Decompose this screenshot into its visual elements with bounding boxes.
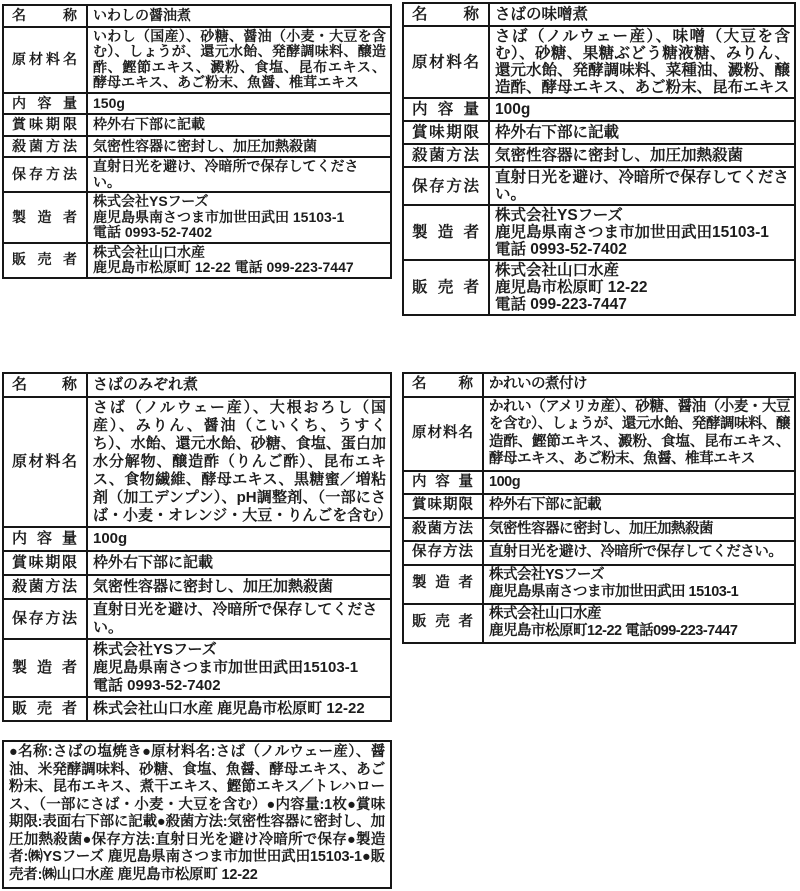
footnote-text: ●名称:さばの塩焼き●原材料名:さば（ノルウェー産）、醤油、米発酵調味料、砂糖、… [9,744,385,884]
row-value-storage: 直射日光を避け、冷暗所で保存してください。 [489,167,795,205]
row-value-best-before: 枠外右下部に記載 [483,494,795,518]
table-row: 原材料名 いわし（国産）、砂糖、醤油（小麦・大豆を含む）、しょうが、還元水飴、発… [3,27,391,93]
row-label-name: 名称 [3,5,87,27]
row-label-net-content: 内容量 [403,471,483,495]
table-row: 製造者 株式会社YSフーズ 鹿児島県南さつま市加世田武田 15103-1 電話 … [3,192,391,243]
row-value-sterilization: 気密性容器に密封し、加圧加熱殺菌 [87,575,391,599]
row-label-manufacturer: 製造者 [3,639,87,697]
product-table-karei-nitsuke: 名称 かれいの煮付け 原材料名 かれい（アメリカ産）、砂糖、醤油（小麦・大豆を含… [402,372,796,644]
table-row: 名称 いわしの醤油煮 [3,5,391,27]
row-value-seller: 株式会社山口水産 鹿児島市松原町 12-22 [87,697,391,721]
row-value-net-content: 100g [87,527,391,551]
row-label-storage: 保存方法 [403,167,489,205]
row-value-name: さばの味噌煮 [489,3,795,26]
row-label-sterilization: 殺菌方法 [403,144,489,167]
row-label-best-before: 賞味期限 [403,121,489,144]
row-value-net-content: 100g [483,471,795,495]
row-label-seller: 販売者 [403,604,483,643]
table-row: 賞味期限 枠外右下部に記載 [3,114,391,136]
table-row: 賞味期限 枠外右下部に記載 [403,494,795,518]
table-row: 販売者 株式会社山口水産 鹿児島市松原町12-22 電話099-223-7447 [403,604,795,643]
row-value-seller: 株式会社山口水産 鹿児島市松原町12-22 電話099-223-7447 [483,604,795,643]
table-row: 殺菌方法 気密性容器に密封し、加圧加熱殺菌 [403,144,795,167]
row-label-storage: 保存方法 [3,157,87,192]
table-row: 内容量 100g [403,98,795,121]
row-value-name: さばのみぞれ煮 [87,373,391,397]
row-value-name: かれいの煮付け [483,373,795,397]
row-label-name: 名称 [403,3,489,26]
row-value-net-content: 150g [87,93,391,115]
row-label-storage: 保存方法 [403,541,483,565]
product-table-iwashi-shoyuni: 名称 いわしの醤油煮 原材料名 いわし（国産）、砂糖、醤油（小麦・大豆を含む）、… [2,4,392,279]
row-label-seller: 販売者 [403,260,489,315]
row-label-name: 名称 [3,373,87,397]
table-row: 名称 さばのみぞれ煮 [3,373,391,397]
table-row: 保存方法 直射日光を避け、冷暗所で保存してください。 [3,157,391,192]
row-value-best-before: 枠外右下部に記載 [87,114,391,136]
food-label-sheet: 名称 いわしの醤油煮 原材料名 いわし（国産）、砂糖、醤油（小麦・大豆を含む）、… [0,0,800,891]
row-label-best-before: 賞味期限 [3,114,87,136]
row-label-storage: 保存方法 [3,599,87,639]
table-row: 賞味期限 枠外右下部に記載 [3,551,391,575]
row-label-net-content: 内容量 [403,98,489,121]
row-value-storage: 直射日光を避け、冷暗所で保存してください。 [483,541,795,565]
row-value-ingredients: いわし（国産）、砂糖、醤油（小麦・大豆を含む）、しょうが、還元水飴、発酵調味料、… [87,27,391,93]
row-label-sterilization: 殺菌方法 [403,518,483,542]
row-value-net-content: 100g [489,98,795,121]
row-value-manufacturer: 株式会社YSフーズ 鹿児島県南さつま市加世田武田 15103-1 [483,565,795,604]
row-label-ingredients: 原材料名 [403,397,483,471]
table-row: 原材料名 さば（ノルウェー産）、大根おろし（国産）、みりん、醤油（こいくち、うす… [3,397,391,527]
table-row: 内容量 100g [403,471,795,495]
table-row: 殺菌方法 気密性容器に密封し、加圧加熱殺菌 [3,575,391,599]
table-row: 名称 さばの味噌煮 [403,3,795,26]
row-label-net-content: 内容量 [3,93,87,115]
table-row: 名称 かれいの煮付け [403,373,795,397]
row-label-seller: 販売者 [3,697,87,721]
row-value-manufacturer: 株式会社YSフーズ 鹿児島県南さつま市加世田武田15103-1 電話 0993-… [489,205,795,260]
row-label-manufacturer: 製造者 [403,205,489,260]
table-row: 内容量 150g [3,93,391,115]
row-label-sterilization: 殺菌方法 [3,136,87,158]
row-value-ingredients: さば（ノルウェー産）、大根おろし（国産）、みりん、醤油（こいくち、うすくち）、水… [87,397,391,527]
row-value-sterilization: 気密性容器に密封し、加圧加熱殺菌 [87,136,391,158]
table-row: 製造者 株式会社YSフーズ 鹿児島県南さつま市加世田武田 15103-1 [403,565,795,604]
row-value-storage: 直射日光を避け、冷暗所で保存してください。 [87,599,391,639]
row-value-name: いわしの醤油煮 [87,5,391,27]
table-row: 販売者 株式会社山口水産 鹿児島市松原町 12-22 電話 099-223-74… [3,243,391,278]
row-value-best-before: 枠外右下部に記載 [87,551,391,575]
row-label-net-content: 内容量 [3,527,87,551]
table-row: 内容量 100g [3,527,391,551]
product-table-saba-mizoreni: 名称 さばのみぞれ煮 原材料名 さば（ノルウェー産）、大根おろし（国産）、みりん… [2,372,392,722]
row-value-manufacturer: 株式会社YSフーズ 鹿児島県南さつま市加世田武田 15103-1 電話 0993… [87,192,391,243]
row-value-storage: 直射日光を避け、冷暗所で保存してください。 [87,157,391,192]
row-value-seller: 株式会社山口水産 鹿児島市松原町 12-22 電話 099-223-7447 [489,260,795,315]
table-row: 販売者 株式会社山口水産 鹿児島市松原町 12-22 電話 099-223-74… [403,260,795,315]
row-value-sterilization: 気密性容器に密封し、加圧加熱殺菌 [489,144,795,167]
row-value-ingredients: かれい（アメリカ産）、砂糖、醤油（小麦・大豆を含む）、しょうが、還元水飴、発酵調… [483,397,795,471]
row-label-ingredients: 原材料名 [3,27,87,93]
row-value-sterilization: 気密性容器に密封し、加圧加熱殺菌 [483,518,795,542]
row-value-best-before: 枠外右下部に記載 [489,121,795,144]
table-row: 殺菌方法 気密性容器に密封し、加圧加熱殺菌 [403,518,795,542]
row-label-best-before: 賞味期限 [3,551,87,575]
table-row: 製造者 株式会社YSフーズ 鹿児島県南さつま市加世田武田15103-1 電話 0… [3,639,391,697]
table-row: 保存方法 直射日光を避け、冷暗所で保存してください。 [3,599,391,639]
row-label-best-before: 賞味期限 [403,494,483,518]
row-label-seller: 販売者 [3,243,87,278]
table-row: 保存方法 直射日光を避け、冷暗所で保存してください。 [403,167,795,205]
row-value-seller: 株式会社山口水産 鹿児島市松原町 12-22 電話 099-223-7447 [87,243,391,278]
row-label-name: 名称 [403,373,483,397]
product-table-saba-misoni: 名称 さばの味噌煮 原材料名 さば（ノルウェー産）、味噌（大豆を含む）、砂糖、果… [402,2,796,316]
table-row: 原材料名 さば（ノルウェー産）、味噌（大豆を含む）、砂糖、果糖ぶどう糖液糖、みり… [403,26,795,98]
table-row: 賞味期限 枠外右下部に記載 [403,121,795,144]
row-label-sterilization: 殺菌方法 [3,575,87,599]
row-label-ingredients: 原材料名 [3,397,87,527]
row-label-manufacturer: 製造者 [3,192,87,243]
table-row: 殺菌方法 気密性容器に密封し、加圧加熱殺菌 [3,136,391,158]
row-label-manufacturer: 製造者 [403,565,483,604]
row-value-ingredients: さば（ノルウェー産）、味噌（大豆を含む）、砂糖、果糖ぶどう糖液糖、みりん、還元水… [489,26,795,98]
table-row: 原材料名 かれい（アメリカ産）、砂糖、醤油（小麦・大豆を含む）、しょうが、還元水… [403,397,795,471]
table-row: 販売者 株式会社山口水産 鹿児島市松原町 12-22 [3,697,391,721]
table-row: 保存方法 直射日光を避け、冷暗所で保存してください。 [403,541,795,565]
footnote-block-saba-shioyaki: ●名称:さばの塩焼き●原材料名:さば（ノルウェー産）、醤油、米発酵調味料、砂糖、… [2,740,392,889]
row-label-ingredients: 原材料名 [403,26,489,98]
table-row: 製造者 株式会社YSフーズ 鹿児島県南さつま市加世田武田15103-1 電話 0… [403,205,795,260]
row-value-manufacturer: 株式会社YSフーズ 鹿児島県南さつま市加世田武田15103-1 電話 0993-… [87,639,391,697]
